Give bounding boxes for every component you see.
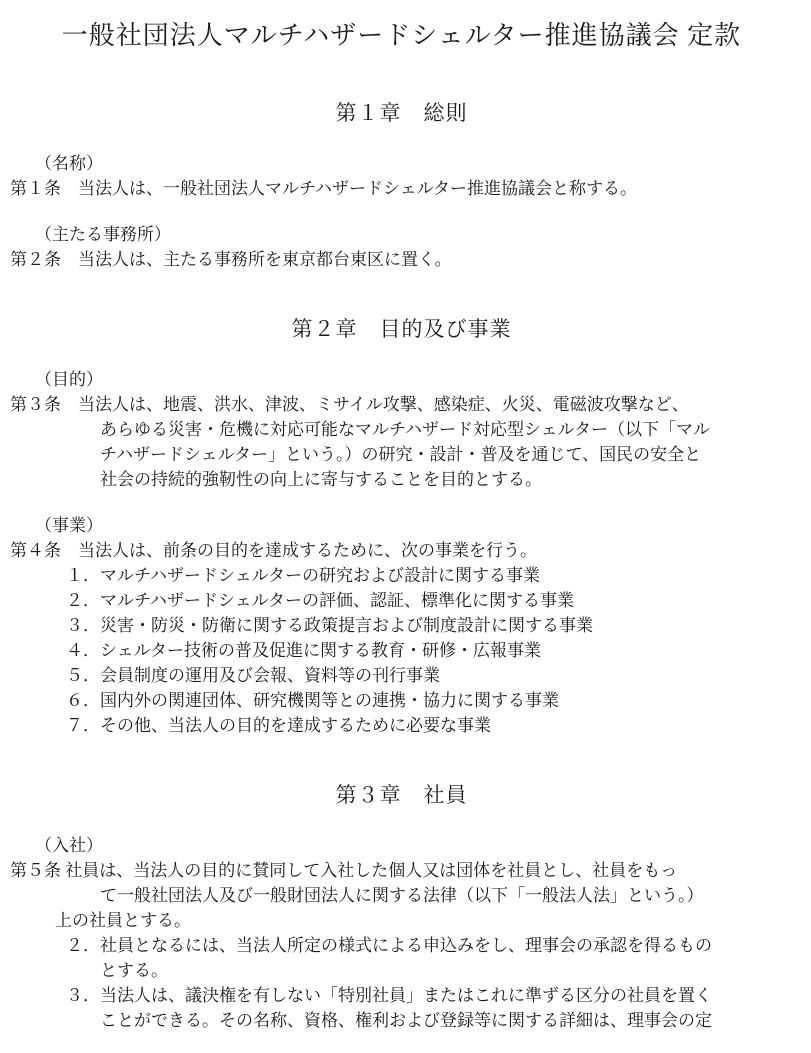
document-line: 上の社員とする。 [0, 908, 803, 933]
article-label: （名称） [0, 151, 803, 176]
document-line: ４．シェルター技術の普及促進に関する教育・研修・広報事業 [0, 638, 803, 663]
document-line: チハザードシェルター」という。）の研究・設計・普及を通じて、国民の安全と [0, 442, 803, 467]
article-label: （事業） [0, 513, 803, 538]
document-line: 社会の持続的強靭性の向上に寄与することを目的とする。 [0, 467, 803, 492]
document-line: 第１条 当法人は、一般社団法人マルチハザードシェルター推進協議会と称する。 [0, 176, 803, 201]
chapter-heading: 第３章 社員 [0, 778, 803, 812]
document-line: １．マルチハザードシェルターの研究および設計に関する事業 [0, 563, 803, 588]
document-line: ことができる。その名称、資格、権利および登録等に関する詳細は、理事会の定 [0, 1008, 803, 1033]
article-label: （目的） [0, 367, 803, 392]
document-line: ２．社員となるには、当法人所定の様式による申込みをし、理事会の承認を得るもの [0, 933, 803, 958]
document-line: ７．その他、当法人の目的を達成するために必要な事業 [0, 713, 803, 738]
document-line: て一般社団法人及び一般財団法人に関する法律（以下「一般法人法」という。） [0, 883, 803, 908]
document-line: 第３条 当法人は、地震、洪水、津波、ミサイル攻撃、感染症、火災、電磁波攻撃など、 [0, 392, 803, 417]
chapter-heading: 第２章 目的及び事業 [0, 312, 803, 346]
article-label: （入社） [0, 833, 803, 858]
document-title: 一般社団法人マルチハザードシェルター推進協議会 定款 [0, 16, 803, 56]
document-line: 第５条 社員は、当法人の目的に賛同して入社した個人又は団体を社員とし、社員をもっ [0, 858, 803, 883]
document-line: あらゆる災害・危機に対応可能なマルチハザード対応型シェルター（以下「マル [0, 417, 803, 442]
document-page: 一般社団法人マルチハザードシェルター推進協議会 定款 第１章 総則（名称）第１条… [0, 0, 811, 1053]
chapter-heading: 第１章 総則 [0, 96, 803, 130]
document-line: ６．国内外の関連団体、研究機関等との連携・協力に関する事業 [0, 688, 803, 713]
document-line: ３．当法人は、議決権を有しない「特別社員」またはこれに準ずる区分の社員を置く [0, 983, 803, 1008]
article-label: （主たる事務所） [0, 222, 803, 247]
document-line: 第４条 当法人は、前条の目的を達成するために、次の事業を行う。 [0, 538, 803, 563]
document-line: ２．マルチハザードシェルターの評価、認証、標準化に関する事業 [0, 588, 803, 613]
document-line: とする。 [0, 958, 803, 983]
document-line: ５．会員制度の運用及び会報、資料等の刊行事業 [0, 663, 803, 688]
document-line: ３．災害・防災・防衛に関する政策提言および制度設計に関する事業 [0, 613, 803, 638]
document-line: 第２条 当法人は、主たる事務所を東京都台東区に置く。 [0, 247, 803, 272]
